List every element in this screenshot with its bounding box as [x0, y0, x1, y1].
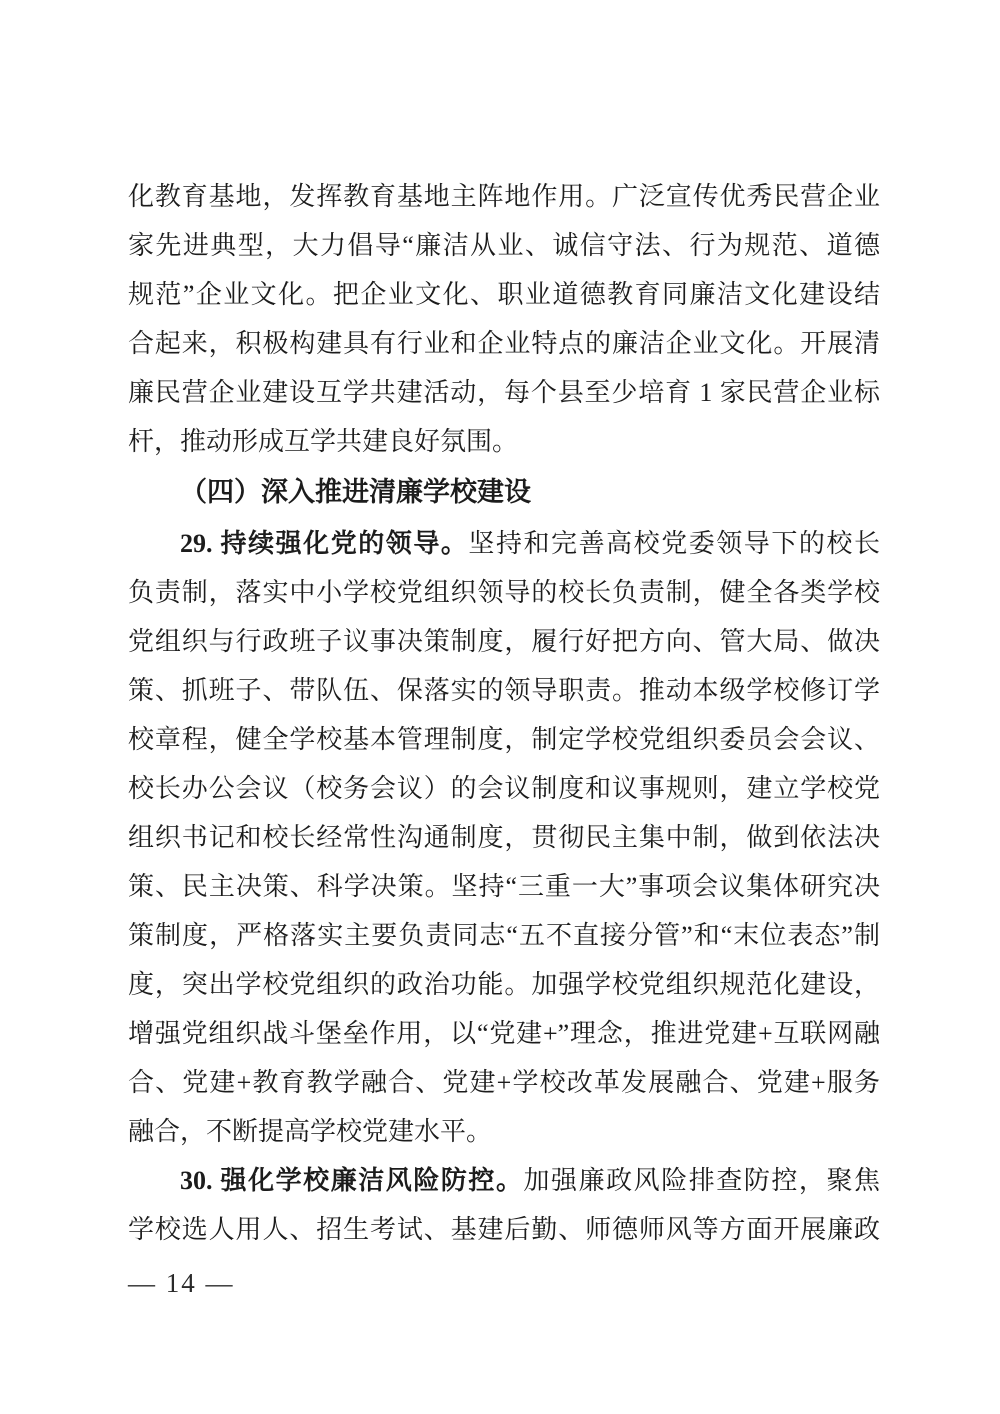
body-line: 学校选人用人、招生考试、基建后勤、师德师风等方面开展廉政: [128, 1205, 880, 1254]
document-page: 化教育基地，发挥教育基地主阵地作用。广泛宣传优秀民营企业 家先进典型，大力倡导“…: [0, 0, 1000, 1414]
body-line: 家先进典型，大力倡导“廉洁从业、诚信守法、行为规范、道德: [128, 221, 880, 270]
body-line: 校章程，健全学校基本管理制度，制定学校党组织委员会会议、: [128, 715, 880, 764]
body-line: 党组织与行政班子议事决策制度，履行好把方向、管大局、做决: [128, 617, 880, 666]
section-heading: （四）深入推进清廉学校建设: [128, 468, 880, 517]
body-line: 校长办公会议（校务会议）的会议制度和议事规则，建立学校党: [128, 764, 880, 813]
body-text: 坚持和完善高校党委领导下的校长: [468, 529, 880, 558]
body-line: 策、抓班子、带队伍、保落实的领导职责。推动本级学校修订学: [128, 666, 880, 715]
body-line: 廉民营企业建设互学共建活动，每个县至少培育 1 家民营企业标: [128, 368, 880, 417]
body-line: 策、民主决策、科学决策。坚持“三重一大”事项会议集体研究决: [128, 862, 880, 911]
body-line-paragraph-end: 杆，推动形成互学共建良好氛围。: [128, 417, 880, 466]
body-line: 度，突出学校党组织的政治功能。加强学校党组织规范化建设，: [128, 960, 880, 1009]
body-line-item-29: 29. 持续强化党的领导。坚持和完善高校党委领导下的校长: [128, 519, 880, 568]
body-text: 加强廉政风险排查防控，聚焦: [524, 1166, 881, 1195]
page-number: — 14 —: [128, 1268, 880, 1298]
body-line-item-30: 30. 强化学校廉洁风险防控。加强廉政风险排查防控，聚焦: [128, 1156, 880, 1205]
item-30-title: 30. 强化学校廉洁风险防控。: [180, 1166, 524, 1195]
body-line: 规范”企业文化。把企业文化、职业道德教育同廉洁文化建设结: [128, 270, 880, 319]
body-line: 合起来，积极构建具有行业和企业特点的廉洁企业文化。开展清: [128, 319, 880, 368]
body-line-paragraph-end: 融合，不断提高学校党建水平。: [128, 1107, 880, 1156]
body-line: 化教育基地，发挥教育基地主阵地作用。广泛宣传优秀民营企业: [128, 172, 880, 221]
item-29-title: 29. 持续强化党的领导。: [180, 529, 468, 558]
document-body: 化教育基地，发挥教育基地主阵地作用。广泛宣传优秀民营企业 家先进典型，大力倡导“…: [128, 172, 880, 1298]
body-line: 合、党建+教育教学融合、党建+学校改革发展融合、党建+服务: [128, 1058, 880, 1107]
body-line: 组织书记和校长经常性沟通制度，贯彻民主集中制，做到依法决: [128, 813, 880, 862]
body-line: 负责制，落实中小学校党组织领导的校长负责制，健全各类学校: [128, 568, 880, 617]
body-line: 策制度，严格落实主要负责同志“五不直接分管”和“末位表态”制: [128, 911, 880, 960]
body-line: 增强党组织战斗堡垒作用，以“党建+”理念，推进党建+互联网融: [128, 1009, 880, 1058]
